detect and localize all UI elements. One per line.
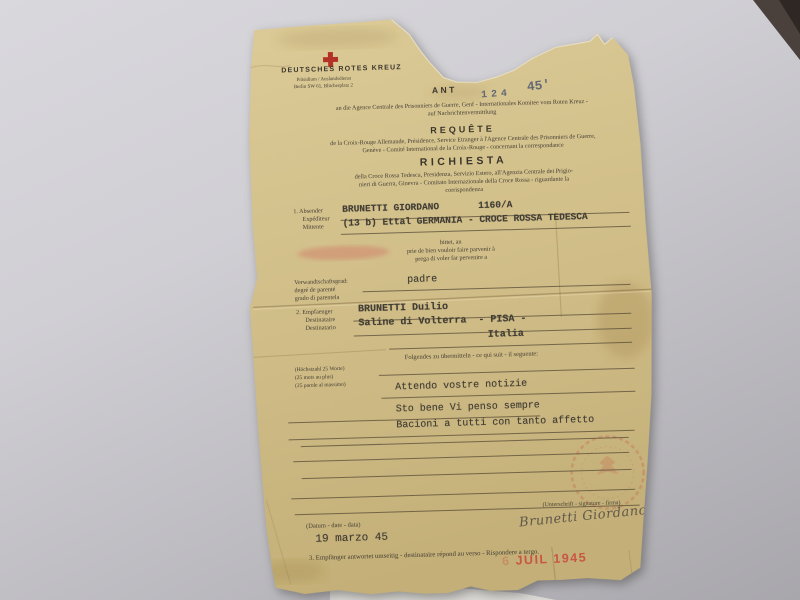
ruled-line	[302, 468, 632, 479]
receipt-date-stamp: 6 JUIL 1945	[502, 550, 588, 568]
limit-label-fr: (25 mots au plus)	[295, 374, 334, 382]
ruled-line	[291, 488, 635, 500]
recipient-country-value: Italia	[488, 329, 524, 341]
recipient-label-it: Destinatario	[305, 324, 335, 333]
org-name: DEUTSCHES ROTES KREUZ	[281, 64, 402, 74]
transmit-label: Folgendes zu übermitteln - ce qui suit -…	[301, 348, 641, 366]
sender-label-it: Mittente	[303, 223, 324, 231]
ruled-line	[293, 451, 629, 462]
relationship-label-it: grado di parentela	[295, 294, 340, 303]
form-title-de: ANT	[432, 85, 457, 96]
recipient-name-value: BRUNETTI Duilio	[358, 302, 448, 316]
ruled-line	[379, 367, 635, 376]
relationship-value: padre	[407, 274, 437, 286]
receipt-stamp-date: JUIL 1945	[515, 550, 587, 567]
date-value: 19 marzo 45	[315, 532, 388, 546]
redcross-message-form: DEUTSCHES ROTES KREUZ Präsidium / Auslan…	[217, 9, 673, 600]
org-address: Berlin SW 61, Blücherplatz 2	[294, 83, 353, 91]
limit-label-de: (Höchstzahl 25 Worte)	[295, 366, 345, 374]
reference-year: 45'	[526, 77, 551, 95]
message-line-2: Sto bene Vi penso sempre	[396, 400, 540, 415]
sender-label-fr: Expéditeur	[302, 215, 329, 224]
date-label: (Datum - date - data)	[306, 521, 361, 531]
ruled-line	[363, 283, 631, 292]
message-line-1: Attendo vostre notizie	[395, 379, 527, 394]
document-photo: DEUTSCHES ROTES KREUZ Präsidium / Auslan…	[0, 0, 800, 600]
receipt-stamp-day: 6	[502, 554, 511, 568]
sender-number-value: 1160/A	[478, 199, 513, 211]
recipient-address-value: Saline di Volterra - PISA -	[358, 314, 526, 330]
sender-name-value: BRUNETTI GIORDANO	[342, 201, 439, 215]
form-content: DEUTSCHES ROTES KREUZ Präsidium / Auslan…	[217, 9, 673, 600]
limit-label-it: (25 parole al massimo)	[295, 382, 346, 390]
